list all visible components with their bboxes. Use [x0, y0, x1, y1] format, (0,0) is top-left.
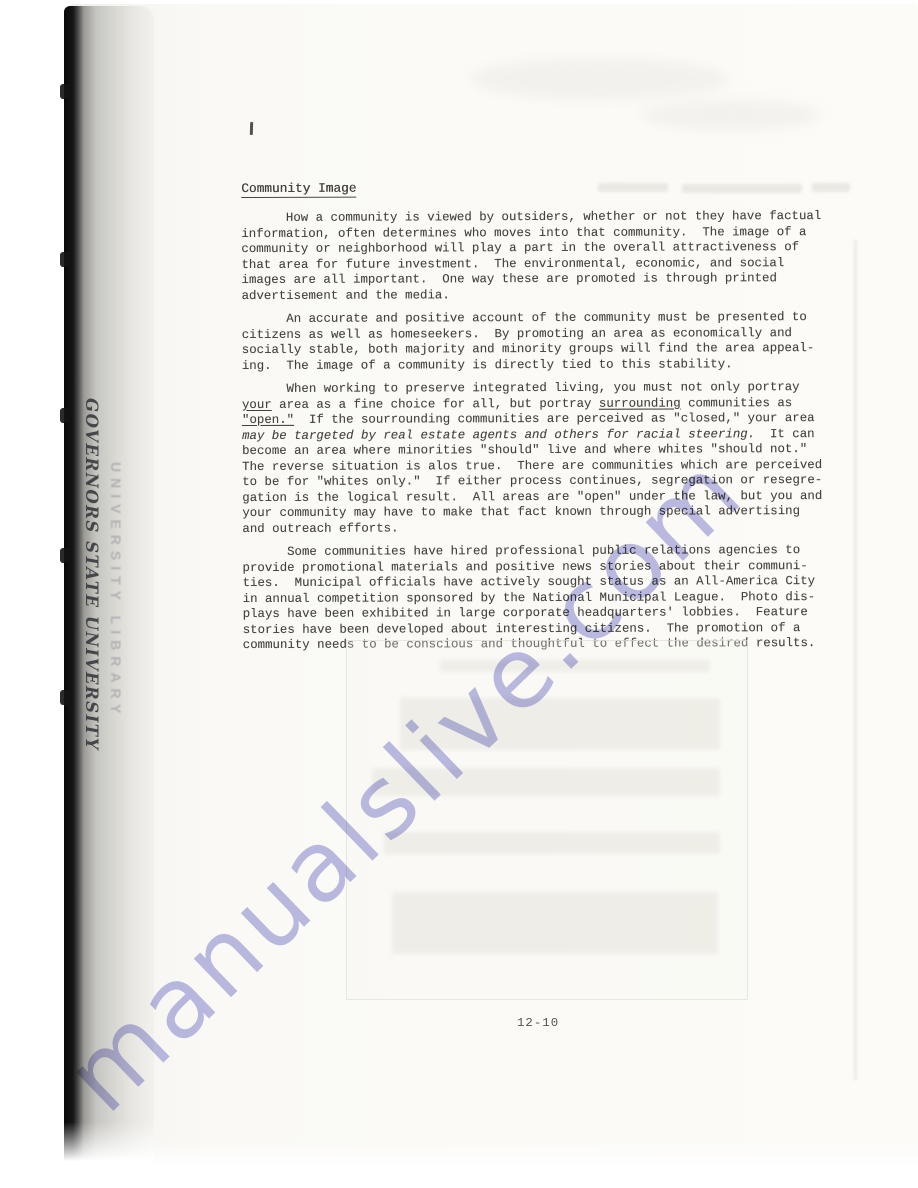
body-paragraph-2: An accurate and positive account of the …	[242, 310, 842, 374]
spine-binding-notch	[60, 408, 69, 423]
body-paragraph-4: Some communities have hired professional…	[242, 543, 842, 654]
body-paragraph-1: How a community is viewed by outsiders, …	[241, 209, 841, 304]
page-edge-shadow	[854, 240, 857, 1080]
page-number: 12-10	[517, 1016, 559, 1030]
text-column: Community Image How a community is viewe…	[241, 177, 843, 662]
bleedthrough-smudge	[372, 768, 720, 796]
paragraph-text: communities as	[681, 396, 793, 410]
bleedthrough-smudge	[400, 698, 720, 750]
bleedthrough-smudge	[392, 892, 718, 954]
paragraph-text: It can become an area where minorities "…	[242, 427, 822, 536]
spine-university-name: GOVERNORS STATE UNIVERSITY	[82, 398, 101, 738]
underlined-word-surrounding: surrounding	[599, 396, 681, 410]
paper-blotch	[470, 58, 730, 100]
spine-binding-notch	[60, 84, 69, 99]
underlined-word-your: your	[242, 397, 272, 411]
body-paragraph-3: When working to preserve integrated livi…	[242, 380, 843, 537]
underlined-word-open: "open."	[242, 413, 294, 427]
stray-pen-mark	[250, 122, 253, 135]
paragraph-text: If the sourrounding communities are perc…	[294, 411, 815, 427]
spine-binding-notch	[60, 548, 69, 563]
spine-library-stamp: UNIVERSITY LIBRARY	[108, 462, 124, 802]
bleedthrough-smudge	[384, 832, 720, 854]
bleedthrough-smudge	[440, 660, 710, 672]
paragraph-text: area as a fine choice for all, but portr…	[272, 396, 599, 411]
italic-phrase: may be targeted by real estate agents an…	[242, 427, 755, 443]
section-heading: Community Image	[241, 181, 356, 198]
spine-binding-notch	[60, 252, 69, 267]
paragraph-text: When working to preserve integrated livi…	[242, 380, 800, 396]
paper-blotch	[640, 100, 820, 130]
spine-binding-notch	[60, 690, 69, 705]
